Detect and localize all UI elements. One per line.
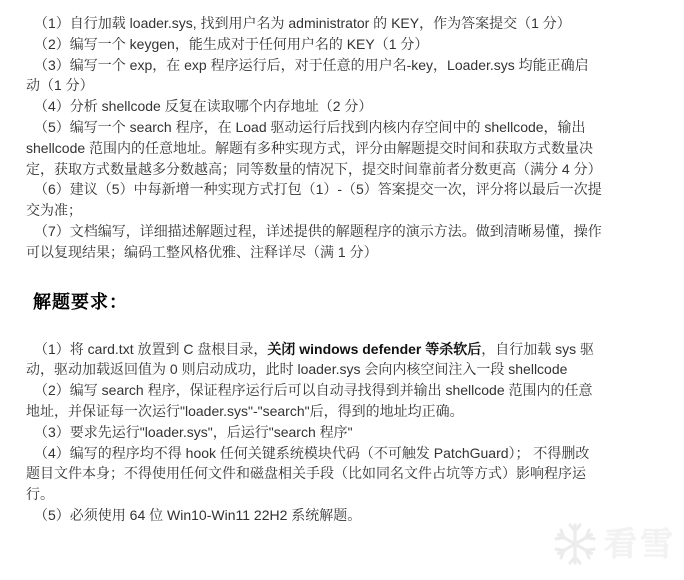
bold-text: 关闭 windows defender 等杀软后 (267, 341, 481, 357)
document-body: （1）自行加载 loader.sys, 找到用户名为 administrator… (0, 0, 684, 526)
requirement-item: （4）编写的程序均不得 hook 任何关键系统模块代码（不可触发 PatchGu… (26, 443, 602, 505)
scoring-item: （5）编写一个 search 程序，在 Load 驱动运行后找到内核内存空间中的… (26, 117, 602, 179)
text: （4）分析 shellcode 反复在读取哪个内存地址（2 分） (34, 98, 372, 114)
scoring-item: （6）建议（5）中每新增一种实现方式打包（1）-（5）答案提交一次，评分将以最后… (26, 179, 602, 221)
text: （7）文档编写，详细描述解题过程，详述提供的解题程序的演示方法。做到清晰易懂，操… (26, 223, 602, 260)
scoring-item: （7）文档编写，详细描述解题过程，详述提供的解题程序的演示方法。做到清晰易懂，操… (26, 221, 602, 263)
requirement-item: （2）编写 search 程序，保证程序运行后可以自动寻找得到并输出 shell… (26, 380, 602, 422)
requirements-list: （1）将 card.txt 放置到 C 盘根目录，关闭 windows defe… (26, 339, 602, 526)
scoring-item: （3）编写一个 exp，在 exp 程序运行后，对于任意的用户名-key，Loa… (26, 55, 602, 97)
scoring-list: （1）自行加载 loader.sys, 找到用户名为 administrator… (26, 13, 602, 263)
text: （4）编写的程序均不得 hook 任何关键系统模块代码（不可触发 PatchGu… (26, 445, 589, 503)
requirement-item: （1）将 card.txt 放置到 C 盘根目录，关闭 windows defe… (26, 339, 602, 381)
requirements-heading: 解题要求： (26, 290, 602, 315)
requirement-item: （5）必须使用 64 位 Win10-Win11 22H2 系统解题。 (26, 505, 602, 526)
scoring-item: （2）编写一个 keygen，能生成对于任何用户名的 KEY（1 分） (26, 34, 602, 55)
text: （6）建议（5）中每新增一种实现方式打包（1）-（5）答案提交一次，评分将以最后… (26, 181, 602, 218)
text: （3）要求先运行"loader.sys"，后运行"search 程序" (34, 424, 353, 440)
document: （1）自行加载 loader.sys, 找到用户名为 administrator… (0, 0, 684, 580)
text: （1）自行加载 loader.sys, 找到用户名为 administrator… (34, 15, 571, 31)
watermark-text: 看雪 (604, 526, 676, 562)
snowflake-icon (553, 520, 597, 568)
scoring-item: （4）分析 shellcode 反复在读取哪个内存地址（2 分） (26, 96, 602, 117)
text: （2）编写 search 程序，保证程序运行后可以自动寻找得到并输出 shell… (26, 382, 593, 419)
kanxue-watermark: 看雪 (553, 520, 676, 568)
text: （5）编写一个 search 程序，在 Load 驱动运行后找到内核内存空间中的… (26, 119, 602, 177)
text: （2）编写一个 keygen，能生成对于任何用户名的 KEY（1 分） (34, 36, 428, 52)
text: （1）将 card.txt 放置到 C 盘根目录， (34, 341, 267, 357)
scoring-item: （1）自行加载 loader.sys, 找到用户名为 administrator… (26, 13, 602, 34)
requirement-item: （3）要求先运行"loader.sys"，后运行"search 程序" (26, 422, 602, 443)
text: （3）编写一个 exp，在 exp 程序运行后，对于任意的用户名-key，Loa… (26, 57, 589, 94)
text: （5）必须使用 64 位 Win10-Win11 22H2 系统解题。 (34, 507, 361, 523)
